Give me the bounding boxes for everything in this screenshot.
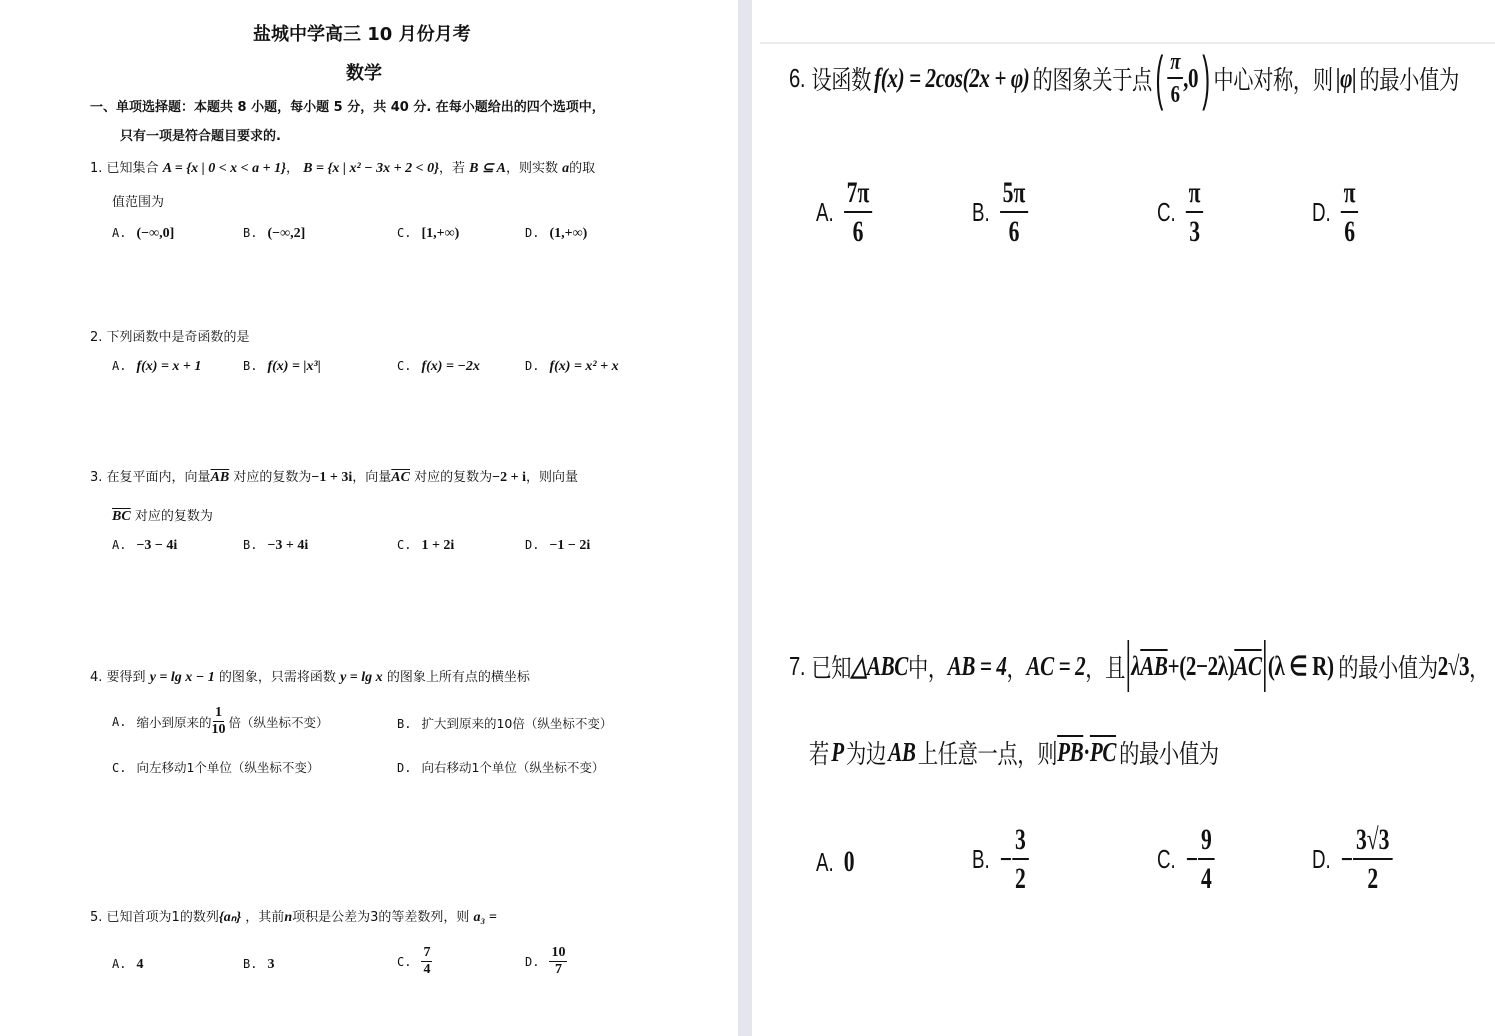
- question-1-line2: 值范围为: [112, 191, 164, 210]
- question-number: 5.: [90, 910, 102, 925]
- question-text: ，向量: [352, 470, 391, 485]
- question-6: 6. 设函数 f(x) = 2cos(2x + φ) 的图象关于点 ( π6 ,…: [789, 48, 1459, 108]
- denominator: 6: [853, 213, 864, 247]
- option-label: B.: [972, 197, 990, 228]
- question-number: 2.: [90, 330, 102, 345]
- complex-value: −2 + i: [492, 470, 526, 485]
- option-value: [1,+∞): [421, 226, 459, 241]
- option-label: B.: [397, 717, 411, 731]
- numerator: 9: [1198, 825, 1215, 860]
- denominator: 10: [211, 722, 225, 737]
- q2-option-b[interactable]: B.f(x) = |x³|: [243, 358, 321, 375]
- q3-option-c[interactable]: C.1 + 2i: [397, 537, 454, 554]
- denominator: 4: [1201, 860, 1212, 894]
- question-text: 的取: [569, 161, 595, 176]
- q7-option-c[interactable]: C.−94: [1157, 825, 1215, 894]
- option-value: −3 − 4i: [136, 538, 177, 553]
- q2-option-c[interactable]: C.f(x) = −2x: [397, 358, 480, 375]
- question-text: 已知首项为1的数列: [107, 910, 219, 925]
- option-label: D.: [525, 538, 539, 552]
- question-text: 对应的复数为: [233, 470, 311, 485]
- question-text: ，则向量: [526, 470, 578, 485]
- option-value: (−∞,0]: [136, 226, 174, 241]
- vector-ac: AC: [391, 470, 410, 485]
- denominator: 4: [423, 962, 430, 977]
- option-label: D.: [1312, 197, 1331, 228]
- side-ab: AB = 4: [948, 651, 1007, 682]
- question-4: 4. 要得到 y = lg x − 1 的图象，只需将函数 y = lg x 的…: [90, 666, 530, 686]
- q3-option-a[interactable]: A.−3 − 4i: [112, 537, 177, 554]
- option-label: C.: [1157, 197, 1176, 228]
- question-text: 在复平面内，向量: [107, 470, 211, 485]
- q6-option-c[interactable]: C.π3: [1157, 178, 1203, 247]
- fraction: 3√32: [1353, 825, 1392, 894]
- fraction: 107: [549, 946, 567, 977]
- question-number: 1.: [90, 161, 102, 176]
- question-number: 3.: [90, 470, 102, 485]
- right-paren: ): [1202, 48, 1210, 108]
- numerator: 3√3: [1353, 825, 1392, 860]
- denominator: 7: [555, 962, 562, 977]
- option-label: C.: [397, 359, 411, 373]
- expression: +(2−2λ): [1168, 651, 1235, 682]
- fraction: 7π6: [844, 178, 872, 247]
- option-value: 0: [844, 845, 855, 878]
- vector-ac: AC: [1234, 651, 1261, 682]
- q7-option-a[interactable]: A.0: [816, 845, 855, 879]
- abs-bar-right: [1264, 640, 1266, 692]
- complex-value: −1 + 3i: [311, 470, 352, 485]
- function-expression: y = lg x − 1: [150, 670, 215, 685]
- fraction: 32: [1012, 825, 1029, 894]
- variable-n: n: [284, 910, 292, 925]
- option-label: B.: [972, 844, 990, 875]
- abs-phi: |φ|: [1336, 63, 1356, 94]
- question-text: 已知: [811, 648, 851, 685]
- numerator: 1: [213, 706, 224, 722]
- question-text: 要得到: [107, 670, 146, 685]
- denominator: 6: [1344, 213, 1355, 247]
- q1-option-d[interactable]: D.(1,+∞): [525, 225, 587, 242]
- minus-sign: −: [1000, 843, 1012, 877]
- option-label: C.: [397, 538, 411, 552]
- separator: ，: [1469, 648, 1489, 685]
- option-value: 1 + 2i: [421, 538, 454, 553]
- option-value: f(x) = −2x: [421, 359, 479, 374]
- q4-option-b[interactable]: B.扩大到原来的10倍（纵坐标不变）: [397, 714, 612, 732]
- option-value: 向右移动1个单位（纵坐标不变）: [421, 760, 604, 775]
- fraction: π6: [1341, 178, 1359, 247]
- option-value: 3: [267, 957, 274, 972]
- subset-condition: B ⊆ A: [469, 161, 506, 176]
- side-ab: AB: [888, 737, 915, 768]
- question-text: ，若: [439, 161, 465, 176]
- option-label: C.: [1157, 844, 1176, 875]
- numerator: 5π: [1000, 178, 1028, 213]
- fraction: 5π6: [1000, 178, 1028, 247]
- vector-ab: AB: [211, 470, 230, 485]
- separator: ，: [286, 161, 299, 176]
- minus-sign: −: [1186, 843, 1198, 877]
- fraction: π3: [1186, 178, 1204, 247]
- option-label: A.: [816, 197, 834, 228]
- option-label: A.: [112, 715, 126, 729]
- question-text: 下列函数中是奇函数的是: [107, 330, 250, 345]
- question-3: 3. 在复平面内，向量AB 对应的复数为−1 + 3i，向量AC 对应的复数为−…: [90, 466, 578, 486]
- triangle-abc: △ABC: [851, 651, 908, 682]
- left-document-page: 盐城中学高三 10 月份月考 数学 一、单项选择题：本题共 8 小题，每小题 5…: [0, 0, 738, 1036]
- sequence-expression: {aₙ}: [219, 910, 241, 925]
- lambda-condition: (λ ∈ R): [1268, 651, 1334, 682]
- exam-title: 盐城中学高三 10 月份月考: [253, 20, 471, 46]
- q1-option-c[interactable]: C.[1,+∞): [397, 225, 459, 242]
- question-text: ，则实数: [506, 161, 558, 176]
- vector-bc: BC: [112, 509, 131, 524]
- numerator: 10: [549, 946, 567, 962]
- question-7-line2: 若 P 为边 AB 上任意一点，则 PB·PC 的最小值为: [809, 734, 1219, 771]
- q2-option-d[interactable]: D.f(x) = x² + x: [525, 358, 619, 375]
- question-text: 的最小值为: [1119, 734, 1218, 771]
- q4-option-d[interactable]: D.向右移动1个单位（纵坐标不变）: [397, 758, 604, 776]
- option-value: f(x) = |x³|: [267, 359, 320, 374]
- question-text: 的最小值为: [1359, 60, 1458, 97]
- option-value: (−∞,2]: [267, 226, 305, 241]
- denominator: 3: [1189, 213, 1200, 247]
- side-ac: AC = 2: [1026, 651, 1085, 682]
- q7-option-b[interactable]: B.−32: [972, 825, 1029, 894]
- numerator: 7: [421, 946, 432, 962]
- option-label: A.: [816, 847, 834, 877]
- point-y: ,0: [1183, 63, 1198, 94]
- numerator: π: [1341, 178, 1359, 213]
- option-label: C.: [112, 761, 126, 775]
- denominator: 6: [1009, 213, 1020, 247]
- q3-option-d[interactable]: D.−1 − 2i: [525, 537, 590, 554]
- question-text: 的图象上所有点的横坐标: [387, 670, 530, 685]
- question-text: 的图象关于点: [1033, 60, 1152, 97]
- q4-option-c[interactable]: C.向左移动1个单位（纵坐标不变）: [112, 758, 319, 776]
- option-label: D.: [397, 761, 411, 775]
- question-1: 1. 已知集合 A = {x | 0 < x < a + 1}， B = {x …: [90, 157, 595, 177]
- q7-option-d[interactable]: D.−3√32: [1312, 825, 1392, 894]
- option-label: B.: [243, 359, 257, 373]
- option-label: D.: [525, 359, 539, 373]
- question-text: 为边: [846, 734, 886, 771]
- section-heading: 一、单项选择题：本题共 8 小题，每小题 5 分，共 40 分. 在每小题给出的…: [90, 96, 605, 115]
- question-number: 4.: [90, 670, 102, 685]
- question-text: 中，: [908, 648, 948, 685]
- page-divider: [738, 0, 752, 1036]
- q5-option-a[interactable]: A.4: [112, 956, 143, 973]
- left-paren: (: [1156, 48, 1164, 108]
- numerator: π: [1167, 50, 1183, 79]
- question-number: 7.: [789, 651, 805, 682]
- question-text: 中心对称，则: [1213, 60, 1332, 97]
- denominator: 2: [1367, 860, 1378, 894]
- numerator: 7π: [844, 178, 872, 213]
- option-text: 倍（纵坐标不变）: [228, 713, 328, 731]
- option-value: 4: [136, 957, 143, 972]
- separator: ，: [1007, 648, 1027, 685]
- option-label: A.: [112, 538, 126, 552]
- function-expression: f(x) = 2cos(2x + φ): [874, 63, 1029, 94]
- question-text: 项积是公差为3的等差数列，则: [292, 910, 469, 925]
- question-text: 设函数: [811, 60, 871, 97]
- set-b-expression: B = {x | x² − 3x + 2 < 0}: [303, 161, 439, 176]
- option-label: D.: [1312, 844, 1331, 875]
- option-label: A.: [112, 359, 126, 373]
- option-label: C.: [397, 955, 411, 969]
- option-value: −1 − 2i: [549, 538, 590, 553]
- right-document-page: 6. 设函数 f(x) = 2cos(2x + φ) 的图象关于点 ( π6 ,…: [752, 0, 1495, 1036]
- fraction: 110: [211, 706, 225, 737]
- question-text: 对应的复数为: [135, 509, 213, 524]
- q6-option-a[interactable]: A.7π6: [816, 178, 872, 247]
- q1-option-b[interactable]: B.(−∞,2]: [243, 225, 305, 242]
- exam-subject: 数学: [346, 59, 382, 85]
- q6-option-b[interactable]: B.5π6: [972, 178, 1028, 247]
- question-text: 上任意一点，则: [918, 734, 1057, 771]
- question-3-line2: BC 对应的复数为: [112, 505, 213, 525]
- option-label: D.: [525, 955, 539, 969]
- target-expression: a₃ =: [474, 910, 497, 925]
- fraction: 74: [421, 946, 432, 977]
- question-text: 对应的复数为: [414, 470, 492, 485]
- question-number: 6.: [789, 63, 805, 94]
- point-p: P: [831, 737, 843, 768]
- q3-option-b[interactable]: B.−3 + 4i: [243, 537, 308, 554]
- option-value: f(x) = x + 1: [136, 359, 201, 374]
- section-heading-line2: 只有一项是符合题目要求的.: [120, 125, 281, 144]
- question-text: ，其前: [245, 910, 284, 925]
- q4-option-a[interactable]: A. 缩小到原来的 110 倍（纵坐标不变）: [112, 706, 328, 737]
- numerator: 3: [1012, 825, 1029, 860]
- q1-option-a[interactable]: A.(−∞,0]: [112, 225, 174, 242]
- question-2: 2. 下列函数中是奇函数的是: [90, 326, 250, 345]
- option-value: f(x) = x² + x: [549, 359, 618, 374]
- lambda: λ: [1131, 651, 1140, 682]
- option-value: 向左移动1个单位（纵坐标不变）: [136, 760, 319, 775]
- option-value: (1,+∞): [549, 226, 587, 241]
- q5-option-c[interactable]: C.74: [397, 946, 432, 977]
- q6-option-d[interactable]: D.π6: [1312, 178, 1358, 247]
- vector-pb: PB: [1057, 737, 1083, 768]
- question-text: ，且: [1085, 648, 1125, 685]
- option-label: D.: [525, 226, 539, 240]
- vector-ab: AB: [1140, 651, 1167, 682]
- option-label: A.: [112, 226, 126, 240]
- option-label: B.: [243, 957, 257, 971]
- option-value: −3 + 4i: [267, 538, 308, 553]
- numerator: π: [1186, 178, 1204, 213]
- option-text: 缩小到原来的: [136, 713, 211, 731]
- option-label: A.: [112, 957, 126, 971]
- option-value: 扩大到原来的10倍（纵坐标不变）: [421, 716, 612, 731]
- question-text: 若: [809, 734, 829, 771]
- question-5: 5. 已知首项为1的数列{aₙ} ，其前n项积是公差为3的等差数列，则 a₃ =: [90, 906, 497, 926]
- min-value: 2√3: [1438, 651, 1469, 682]
- function-expression: y = lg x: [340, 670, 383, 685]
- question-7: 7. 已知 △ABC 中， AB = 4 ， AC = 2 ，且 λAB+(2−…: [789, 640, 1489, 692]
- abs-bar-left: [1127, 640, 1129, 692]
- page-top-rule: [760, 42, 1495, 44]
- minus-sign: −: [1341, 843, 1353, 877]
- q2-option-a[interactable]: A.f(x) = x + 1: [112, 358, 201, 375]
- option-label: B.: [243, 538, 257, 552]
- question-text: 的图象，只需将函数: [219, 670, 336, 685]
- q5-option-b[interactable]: B.3: [243, 956, 274, 973]
- option-label: C.: [397, 226, 411, 240]
- denominator: 2: [1015, 860, 1026, 894]
- option-label: B.: [243, 226, 257, 240]
- question-text: 已知集合: [107, 161, 159, 176]
- denominator: 6: [1171, 79, 1180, 107]
- q5-option-d[interactable]: D.107: [525, 946, 567, 977]
- vector-pc: PC: [1090, 737, 1116, 768]
- fraction: 94: [1198, 825, 1215, 894]
- point-fraction: π6: [1167, 50, 1183, 107]
- set-a-expression: A = {x | 0 < x < a + 1}: [163, 161, 286, 176]
- question-text: 的最小值为: [1338, 648, 1437, 685]
